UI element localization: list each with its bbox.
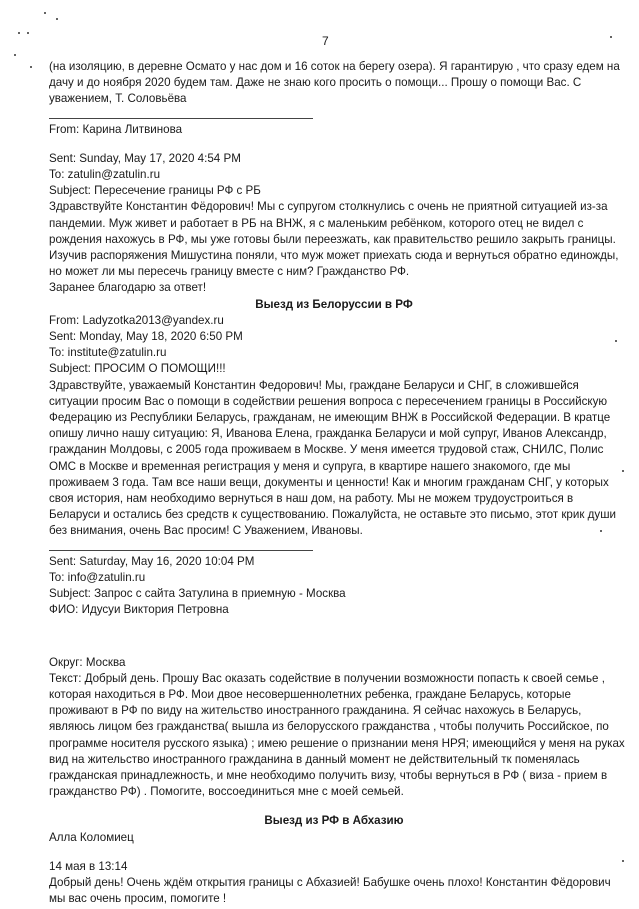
separator-line	[49, 550, 313, 551]
email-subject: Subject: ПРОСИМ О ПОМОЩИ!!!	[49, 361, 619, 377]
email-body-line: рождения нахожусь в РФ, мы уже готовы бы…	[49, 232, 619, 248]
email-body-line: без внимания, очень Вас просим! С Уважен…	[49, 523, 619, 539]
email-body-line: ОМС в Москве и временная регистрация у м…	[49, 459, 619, 475]
email-body-line: Текст: Добрый день. Прошу Вас оказать со…	[49, 671, 619, 687]
section-heading: Выезд из РФ в Абхазию	[49, 813, 619, 829]
scan-speck	[30, 66, 32, 68]
scan-speck	[27, 32, 29, 34]
email-sent: Sent: Saturday, May 16, 2020 10:04 PM	[49, 554, 619, 570]
email-body-line: своя история, нам необходимо вернуться в…	[49, 491, 619, 507]
email-from: From: Ladyzotka2013@yandex.ru	[49, 313, 619, 329]
page-number: 7	[322, 33, 329, 49]
scan-speck	[56, 18, 58, 20]
section-heading: Выезд из Белоруссии в РФ	[49, 297, 619, 313]
email-district: Округ: Москва	[49, 655, 619, 671]
email-body-line: Изучив распоряжения Мишустина поняли, чт…	[49, 248, 619, 264]
email-body-line: проживаем 3 года. Там все наши вещи, док…	[49, 475, 619, 491]
text-line: дачу и до ноября 2020 будем там. Даже не…	[49, 75, 619, 91]
scan-speck	[44, 12, 46, 14]
email-body-line: Заранее благодарю за ответ!	[49, 280, 619, 296]
email-body-line: гражданская принадлежность, и мне необхо…	[49, 768, 619, 784]
email-body-line: пандемии. Муж живет и работает в РБ на В…	[49, 216, 619, 232]
scan-speck	[610, 36, 612, 38]
intro-fragment: (на изоляцию, в деревне Осмато у нас дом…	[49, 59, 619, 108]
document-body: (на изоляцию, в деревне Осмато у нас дом…	[49, 59, 619, 907]
message-body-line: Добрый день! Очень ждём открытия границы…	[49, 875, 619, 891]
message-body-line: мы вас очень просим, помогите !	[49, 891, 619, 907]
email-body-line: которая находиться в РФ. Мои двое несове…	[49, 687, 619, 703]
email-body-line: проживают в РФ по виду на жительство ино…	[49, 703, 619, 719]
message-4: Алла Коломиец 14 мая в 13:14 Добрый день…	[49, 830, 619, 908]
scan-speck	[18, 32, 20, 34]
email-sent: Sent: Sunday, May 17, 2020 4:54 PM	[49, 151, 619, 167]
message-author: Алла Коломиец	[49, 830, 619, 846]
text-line: (на изоляцию, в деревне Осмато у нас дом…	[49, 59, 619, 75]
email-subject: Subject: Пересечение границы РФ с РБ	[49, 183, 619, 199]
email-body-line: программе носителя русского языка) ; име…	[49, 736, 619, 752]
email-body-line: опишу лично нашу ситуацию: Я, Иванова Ел…	[49, 426, 619, 442]
text-line: уважением, Т. Соловьёва	[49, 91, 619, 107]
email-3: Sent: Saturday, May 16, 2020 10:04 PM To…	[49, 554, 619, 801]
email-fio: ФИО: Идусуи Виктория Петровна	[49, 602, 619, 618]
scan-speck	[622, 470, 624, 472]
email-body-line: вид на жительство иностранного гражданин…	[49, 752, 619, 768]
email-body-line: являюсь лицом без гражданства( вышла из …	[49, 719, 619, 735]
email-to: To: info@zatulin.ru	[49, 570, 619, 586]
email-body-line: ситуации просим Вас о помощи в содействи…	[49, 394, 619, 410]
email-body-line: Федерацию из Республики Беларусь, гражда…	[49, 410, 619, 426]
email-body-line: Здравствуйте Константин Фёдорович! Мы с …	[49, 199, 619, 215]
email-body-line: гражданин Молдовы, с 2005 года проживаем…	[49, 442, 619, 458]
email-sent: Sent: Monday, May 18, 2020 6:50 PM	[49, 329, 619, 345]
scan-speck	[622, 860, 624, 862]
email-body-line: Здравствуйте, уважаемый Константин Федор…	[49, 378, 619, 394]
email-to: To: institute@zatulin.ru	[49, 345, 619, 361]
email-from: From: Карина Литвинова	[49, 122, 619, 138]
message-date: 14 мая в 13:14	[49, 859, 619, 875]
separator-line	[49, 118, 313, 119]
email-1: From: Карина Литвинова Sent: Sunday, May…	[49, 122, 619, 297]
email-to: To: zatulin@zatulin.ru	[49, 167, 619, 183]
scan-speck	[14, 54, 16, 56]
email-body-line: Беларуси и остались без средств к сущест…	[49, 507, 619, 523]
email-subject: Subject: Запрос с сайта Затулина в прием…	[49, 586, 619, 602]
email-body-line: но может ли мы пересечь границу вместе с…	[49, 264, 619, 280]
email-2: From: Ladyzotka2013@yandex.ru Sent: Mond…	[49, 313, 619, 540]
email-body-line: гражданство РФ) . Помогите, воссоединить…	[49, 784, 619, 800]
